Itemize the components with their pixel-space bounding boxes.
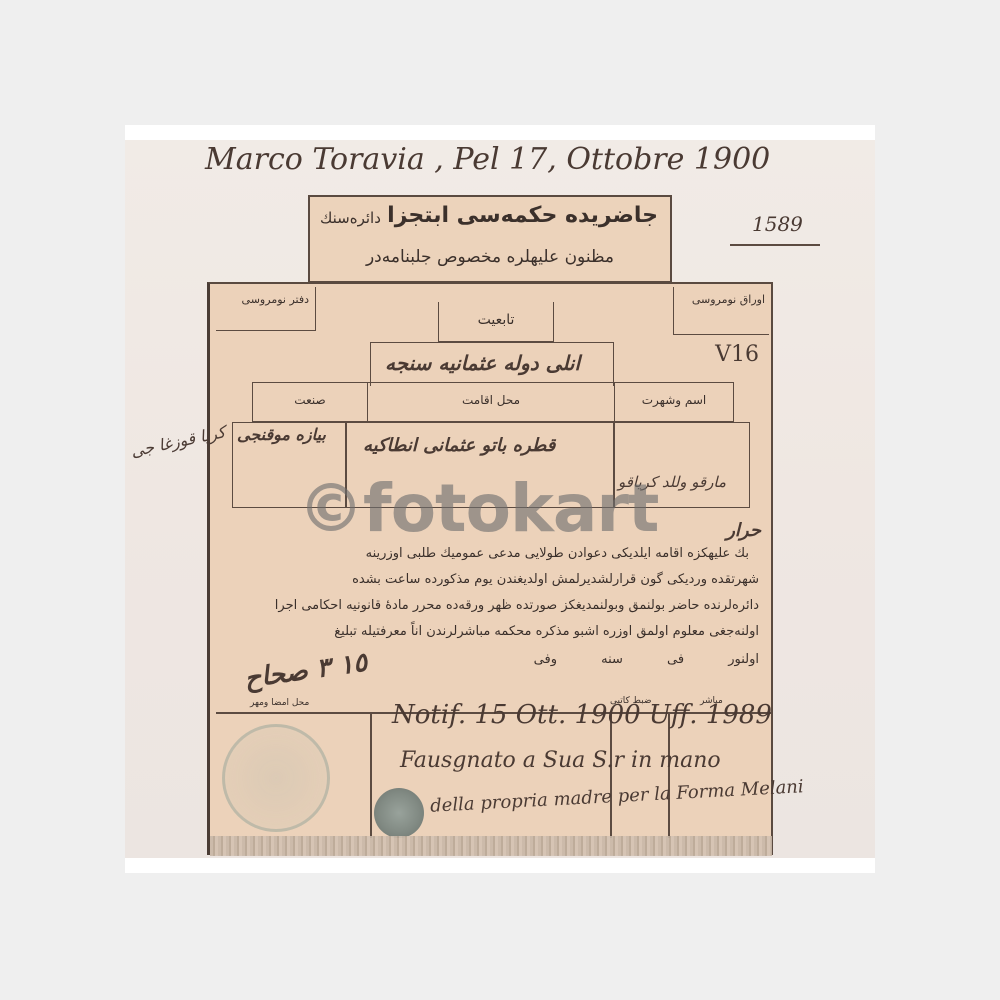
- name-header: اسم وشهرت: [615, 393, 733, 407]
- residence-value: قطره باتو عثمانى انطاكيه: [363, 435, 555, 456]
- faded-stamp-icon: [222, 724, 330, 832]
- register-number-label: دفتر نومروسی: [242, 293, 309, 306]
- body-margin-note: حرار: [726, 520, 761, 541]
- body-line-2: شهرتقده وردیكی گون قرارلشدیرلمش اولدیغند…: [352, 572, 759, 587]
- body-line-3: دائره‌لرنده حاضر بولنمق وبولنمدیغكز صورت…: [275, 598, 759, 613]
- bottom-divider: [370, 714, 372, 838]
- top-handwritten-line: Marco Toravia , Pel 17, Ottobre 1900: [205, 142, 770, 177]
- signature-area-label: محل امضا ومهر: [250, 698, 309, 708]
- signature-scrawl: ١٥ ٣ صحاح: [243, 648, 370, 695]
- watermark: ©fotokart: [298, 470, 658, 547]
- nationality-value: انلى دوله عثمانيه سنجه: [385, 351, 580, 375]
- occupation-header-cell: صنعت: [252, 382, 368, 422]
- nationality-label-box: تابعیت: [438, 302, 554, 342]
- name-header-cell: اسم وشهرت: [614, 382, 734, 422]
- header-department: دائره‌سنك: [320, 209, 381, 227]
- nationality-label: تابعیت: [439, 312, 553, 328]
- register-number-box: دفتر نومروسی: [216, 287, 316, 331]
- occupation-value: بیازه موقنجى: [237, 425, 326, 444]
- body-line-5: اولنور فی سنه وفی: [534, 652, 759, 667]
- bottom-divider: [610, 714, 612, 838]
- italian-note-2: Fausgnato a Sua S.r in mano: [400, 748, 721, 773]
- body-line-1: بك علیهكزه اقامه ایلدیكی دعوادن طولایی م…: [366, 546, 749, 561]
- residence-header: محل اقامت: [368, 393, 614, 407]
- reference-underline: [730, 244, 820, 246]
- reference-number: 1589: [752, 212, 803, 236]
- nationality-value-box: انلى دوله عثمانيه سنجه: [370, 342, 614, 386]
- torn-bottom-edge: [210, 836, 772, 856]
- italian-note-1: Notif. 15 Ott. 1900 Uff. 1989: [392, 700, 772, 730]
- ink-seal-icon: [374, 788, 424, 838]
- form-number: V16: [715, 342, 759, 367]
- papers-number-box: اوراق نومروسی: [673, 287, 769, 335]
- residence-header-cell: محل اقامت: [367, 382, 615, 422]
- header-subtitle: مظنون علیهلره مخصوص جلبنامه‌در: [310, 247, 670, 267]
- header-box: جاضریده‌ حكمه‌سی ابتجزا دائره‌سنك مظنون …: [308, 195, 672, 283]
- occupation-header: صنعت: [253, 393, 367, 407]
- papers-number-label: اوراق نومروسی: [692, 293, 765, 306]
- bottom-divider: [668, 714, 670, 838]
- header-court-title: جاضریده‌ حكمه‌سی ابتجزا: [387, 203, 658, 228]
- body-line-4: اولنه‌جغی معلوم اولمق اوزره اشبو مذكره م…: [334, 624, 759, 639]
